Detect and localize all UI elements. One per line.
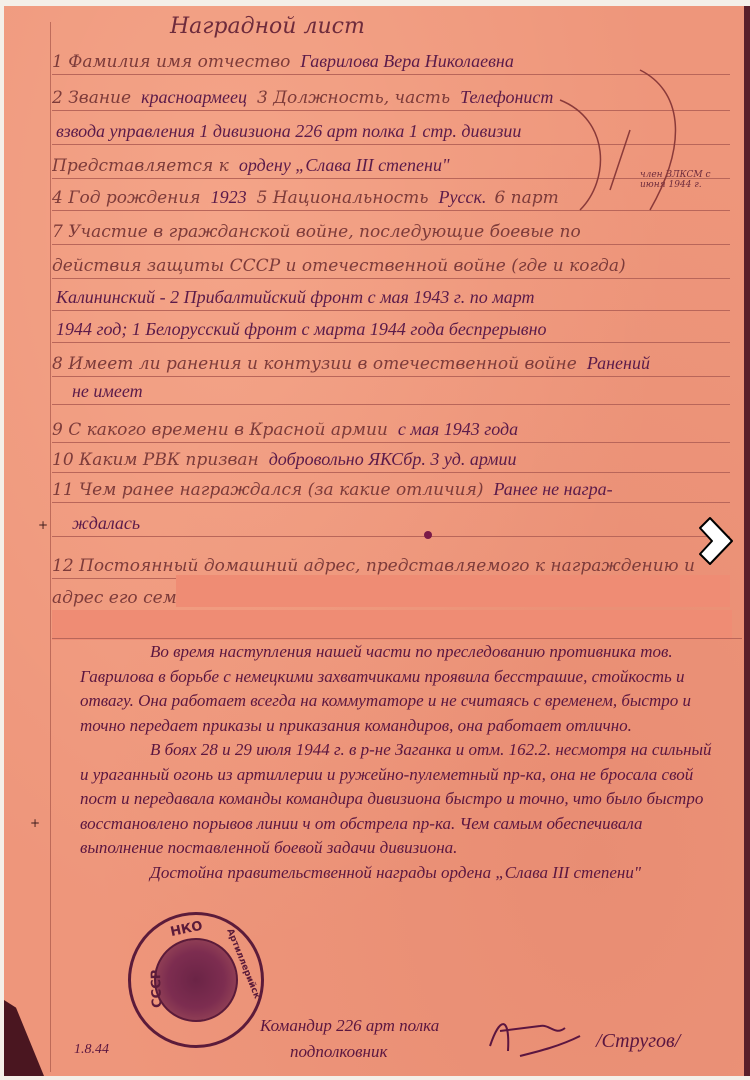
document-title: Наградной лист: [170, 14, 365, 39]
signature-rank: подполковник: [290, 1042, 387, 1062]
field-row: Калининский - 2 Прибалтийский фронт с ма…: [52, 278, 730, 311]
margin-mark: +: [38, 518, 48, 532]
recommendation: Достойна правительственной награды орден…: [80, 861, 720, 886]
field-row: действия защиты СССР и отечественной вой…: [52, 246, 730, 279]
ink-blot: [424, 531, 432, 539]
chevron-right-icon: [696, 516, 736, 566]
narrative-text: Во время наступления нашей части по прес…: [80, 640, 720, 885]
field-row: 10 Каким РВК призван добровольно ЯКСбр. …: [52, 440, 730, 473]
field-row: 9 С какого времени в Красной армии с мая…: [52, 410, 730, 443]
next-page-button[interactable]: [696, 516, 736, 566]
page-edge: [744, 6, 750, 1076]
pencil-scribble: [380, 60, 710, 220]
margin-line: [50, 22, 51, 1072]
redacted-address: [176, 575, 730, 607]
narrative-paragraph: В боях 28 и 29 июля 1944 г. в р-не Заган…: [80, 738, 720, 861]
divider: [52, 638, 742, 639]
signature-name: /Стругов/: [596, 1030, 680, 1053]
redacted-address: [52, 610, 732, 640]
field-row: 11 Чем ранее награждался (за какие отлич…: [52, 470, 730, 503]
field-row: 1944 год; 1 Белорусский фронт с марта 19…: [52, 310, 730, 343]
signature-date: 1.8.44: [74, 1042, 109, 1058]
margin-mark: +: [30, 816, 40, 830]
field-row: не имеет: [52, 372, 730, 405]
field-row: ждалась: [52, 504, 730, 537]
signature-position: Командир 226 арт полка: [260, 1016, 439, 1036]
handwritten-signature: [480, 1006, 590, 1066]
narrative-paragraph: Во время наступления нашей части по прес…: [80, 640, 720, 738]
